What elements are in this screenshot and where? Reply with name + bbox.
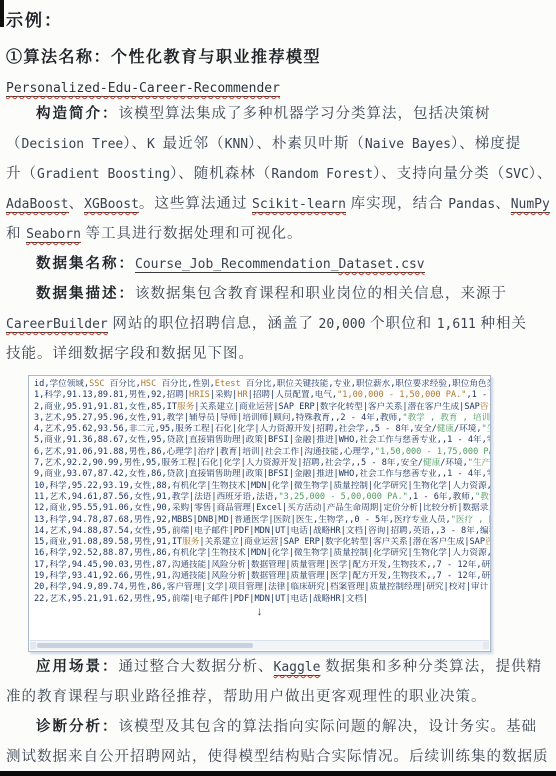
text-segment: 该模型及其包含的算法指向实际问题的解决，设计务实。基础 bbox=[119, 719, 538, 735]
csv-row: 3,艺术,95.27,95.96,女性,91,教学|辅导员|导师|培训师|顾问,… bbox=[34, 413, 490, 424]
text-segment: 和 bbox=[6, 226, 26, 242]
text-segment: 库实现，结合 bbox=[346, 196, 448, 212]
text-segment: 13,科学,94.78,87.68,男性,92,MBBS|DNB|MD|普通医学… bbox=[34, 515, 451, 525]
scrollbar-right-arrow bbox=[483, 642, 489, 649]
text-segment: 、 bbox=[495, 196, 511, 212]
text-segment: NumPy bbox=[511, 197, 550, 213]
text-segment: 最近邻（ bbox=[163, 136, 225, 152]
text-segment: 2,商业,95.91,91.81,女性,85,IT bbox=[34, 402, 177, 412]
text-segment: 测试数据来自公开招聘网站，使得模型结构贴合实际情况。后续训练集的数据质 bbox=[6, 749, 549, 765]
csv-row: 12,商业,95.55,91.06,女性,90,采购|零售|商品管理|Excel… bbox=[34, 503, 490, 514]
text-segment: 健康 bbox=[437, 424, 454, 434]
csv-row: 14,艺术,94.88,87.54,女性,95,前端|电子邮件|PDF|MDN|… bbox=[34, 526, 490, 537]
text-segment: Etest bbox=[215, 379, 241, 389]
text-segment: 17,科学,94.45,90.03,男性,87,沟通技能|风险分析|数据管理|质… bbox=[34, 560, 490, 570]
example-heading: 示例： bbox=[6, 8, 552, 34]
text-segment: |关系建立|商业运营|SAP ERP|数字化转型|客户关系|潜在客户生成|SAP bbox=[194, 402, 480, 412]
scrollbar-thumb bbox=[37, 643, 253, 648]
text-segment: 12,商业,95.55,91.06,女性,90,采购|零售|商品管理|Excel… bbox=[34, 503, 490, 513]
text-segment: |招聘|人员配置,电气, bbox=[248, 390, 337, 400]
text-segment: 10,科学,95.22,93.19,女性,88,有机化学|生物技术|MDN|化学… bbox=[34, 481, 490, 491]
text-segment: |关系建立|商业运营|SAP ERP|数字化转型|客户关系|潜在客户生成|SAP bbox=[199, 537, 485, 547]
scan-edge-artifact-bottom bbox=[0, 771, 556, 776]
text-segment: CareerBuilder bbox=[6, 317, 108, 333]
algorithm-id-line: Personalized-Edu-Career-Recommender bbox=[6, 78, 552, 99]
application-line-2: 准的教育课程与职业路径推荐，帮助用户做出更客观理性的职业决策。 bbox=[6, 682, 552, 712]
text-segment: "教学 , 教 bbox=[475, 492, 490, 502]
text-segment: 14,艺术,94.88,87.54,女性,95,前端|电子邮件|PDF|MDN|… bbox=[34, 526, 490, 536]
csv-row: 10,科学,95.22,93.19,女性,88,有机化学|生物技术|MDN|化学… bbox=[34, 481, 490, 492]
text-segment: 19,科学,93.41,92.66,男性,91,沟通技能|风险分析|数据管理|质… bbox=[34, 571, 490, 581]
text-segment: 该模型算法集成了多种机器学习分类算法，包括决策树 bbox=[119, 106, 491, 122]
text-segment: 。这些算法通过 bbox=[139, 196, 252, 212]
text-segment: "1,00,000 - 1,50,000 PA." bbox=[337, 390, 466, 400]
horizontal-scrollbar bbox=[30, 640, 489, 650]
text-segment: "3,25,000 - 5,00,000 PA." bbox=[279, 492, 408, 502]
text-segment: 通过整合大数据分析、 bbox=[119, 659, 274, 675]
text-segment: 20,000 bbox=[319, 317, 366, 332]
document-body: 示例：①算法名称：个性化教育与职业推荐模型Personalized-Edu-Ca… bbox=[0, 0, 556, 772]
text-segment: 1,611 bbox=[437, 317, 476, 332]
text-segment: Decision Tree bbox=[22, 137, 124, 152]
text-segment: 服务 bbox=[182, 537, 199, 547]
text-segment: Kaggle bbox=[274, 660, 321, 676]
text-segment: 数据集描述： bbox=[36, 286, 135, 302]
text-segment: 3,艺术,95.27,95.96,女性,91,教学|辅导员|导师|培训师|顾问,… bbox=[34, 413, 402, 423]
dataset-screenshot: id,学位领域,SSC 百分比,HSC 百分比,性别,Etest 百分比,职位关… bbox=[28, 375, 491, 652]
csv-row: 20,科学,94.9,89.74,男性,86,客户管理|文学|项目管理|法律|临… bbox=[34, 582, 490, 593]
text-segment: 1,科学,91.13,89.81,男性,92,招聘| bbox=[34, 390, 189, 400]
scrollbar-left-arrow bbox=[30, 642, 36, 649]
csv-row: 13,科学,94.78,87.68,男性,92,MBBS|DNB|MD|普通医学… bbox=[34, 515, 490, 526]
text-segment: ①算法名称：个性化教育与职业推荐模型 bbox=[6, 49, 321, 66]
text-segment: 应用场景： bbox=[36, 659, 119, 675]
text-segment: 22,艺术,95.21,91.62,男性,95,前端|电子邮件|PDF|MDN|… bbox=[34, 594, 368, 604]
scan-edge-artifact-top-left bbox=[0, 0, 4, 27]
csv-row: 11,艺术,94.61,87.56,女性,91,教学|法语|西班牙语,法语,"3… bbox=[34, 492, 490, 503]
text-segment: "生产 bbox=[482, 424, 490, 434]
dataset-desc-line-3: 技能。详细数据字段和数据见下图。 bbox=[6, 339, 552, 369]
dataset-name-line: 数据集名称：Course_Job_Recommendation_Dataset.… bbox=[6, 249, 552, 279]
csv-row: 16,科学,92.52,88.87,男性,86,有机化学|生物技术|MDN|化学… bbox=[34, 548, 490, 559]
text-segment: ,1 - 6年,人 bbox=[466, 390, 490, 400]
text-segment: "1,50,000 - 1,75,000 PA." bbox=[375, 447, 490, 457]
text-segment: （ bbox=[6, 136, 22, 152]
intro-line-1: 构造简介：该模型算法集成了多种机器学习分类算法，包括决策树 bbox=[6, 99, 552, 129]
text-segment: HR bbox=[237, 390, 247, 400]
text-segment: "医疗 , 医疗保 bbox=[451, 515, 490, 525]
text-segment: XGBoost bbox=[84, 197, 139, 213]
text-segment: Personalized-Edu-Career-Recommender bbox=[6, 81, 280, 97]
text-segment: 诊断分析： bbox=[36, 719, 119, 735]
csv-rows: id,学位领域,SSC 百分比,HSC 百分比,性别,Etest 百分比,职位关… bbox=[29, 376, 490, 605]
text-segment: 7,艺术,92.2,90.99,男性,95,服务工程|石化|化学|人力资源开发|… bbox=[34, 458, 423, 468]
intro-line-5: 和 Seaborn 等工具进行数据处理和可视化。 bbox=[6, 219, 552, 249]
scroll-down-arrow-icon: ↓ bbox=[29, 605, 490, 618]
text-segment: /环境, bbox=[440, 458, 468, 468]
algorithm-name-heading: ①算法名称：个性化教育与职业推荐模型 bbox=[6, 46, 552, 70]
csv-row: id,学位领域,SSC 百分比,HSC 百分比,性别,Etest 百分比,职位关… bbox=[34, 379, 490, 390]
csv-row: 15,商业,91.08,89.58,男性,91,IT服务|关系建立|商业运营|S… bbox=[34, 537, 490, 548]
csv-row: 17,科学,94.45,90.03,男性,87,沟通技能|风险分析|数据管理|质… bbox=[34, 560, 490, 571]
text-segment: 升（ bbox=[6, 166, 37, 182]
text-segment: KNN bbox=[225, 137, 248, 152]
text-segment: Seaborn bbox=[26, 227, 81, 243]
csv-row: 9,商业,93.07,87.42,女性,86,贷款|直接销售助理|政策|BFSI… bbox=[34, 469, 490, 480]
text-segment: HSC bbox=[141, 379, 157, 389]
text-segment: id,学位领域, bbox=[34, 379, 89, 389]
intro-line-3: 升（Gradient Boosting）、随机森林（Random Forest）… bbox=[6, 159, 552, 189]
text-segment: 种相关 bbox=[476, 316, 527, 332]
text-segment: 技能。详细数据字段和数据见下图。 bbox=[6, 346, 254, 362]
scanned-document-page: { "colors":{ "csv_default":"#1d3563", "c… bbox=[0, 0, 556, 776]
text-segment: 百分比, bbox=[105, 379, 141, 389]
text-segment: SSC bbox=[89, 379, 105, 389]
text-segment: ）、朴素贝叶斯（ bbox=[248, 136, 365, 152]
text-segment: 该数据集包含教育课程和职业岗位的相关信息，来源于 bbox=[135, 286, 507, 302]
text-segment: |采购| bbox=[210, 390, 238, 400]
text-segment: 等工具进行数据处理和可视化。 bbox=[81, 226, 303, 242]
application-line-1: 应用场景：通过整合大数据分析、Kaggle 数据集和多种分类算法，提供精 bbox=[6, 652, 552, 682]
text-segment: Scikit-learn bbox=[252, 197, 346, 213]
text-segment: K bbox=[147, 137, 163, 152]
text-segment: 9,商业,93.07,87.42,女性,86,贷款|直接销售助理|政策|BFSI… bbox=[34, 469, 490, 479]
text-segment: 个职位和 bbox=[365, 316, 436, 332]
text-segment: Dataset.csv bbox=[339, 257, 425, 273]
csv-row: 19,科学,93.41,92.66,男性,91,沟通技能|风险分析|数据管理|质… bbox=[34, 571, 490, 582]
text-segment: 网站的职位招聘信息，涵盖了 bbox=[108, 316, 319, 332]
text-segment: Gradient Boosting bbox=[37, 167, 170, 182]
text-segment: HRIS bbox=[189, 390, 210, 400]
text-segment: ）、 bbox=[123, 136, 147, 152]
csv-row: 2,商业,95.91,91.81,女性,85,IT服务|关系建立|商业运营|SA… bbox=[34, 402, 490, 413]
csv-row: 1,科学,91.13,89.81,男性,92,招聘|HRIS|采购|HR|招聘|… bbox=[34, 390, 490, 401]
csv-row: 6,艺术,91.06,91.88,男性,86,心理学|治疗|教育|培训|社会工作… bbox=[34, 447, 490, 458]
text-segment: SVC bbox=[505, 167, 528, 182]
dataset-desc-line-1: 数据集描述：该数据集包含教育课程和职业岗位的相关信息，来源于 bbox=[6, 279, 552, 309]
text-segment: 11,艺术,94.61,87.56,女性,91,教学|法语|西班牙语,法语, bbox=[34, 492, 279, 502]
diagnosis-line-2: 测试数据来自公开招聘网站，使得模型结构贴合实际情况。后续训练集的数据质 bbox=[6, 742, 552, 772]
text-segment: 4,艺术,95.62,93.56,非二元,95,服务工程|石化|化学|人力资源开… bbox=[34, 424, 437, 434]
text-segment: Naive Bayes bbox=[365, 137, 451, 152]
text-segment: 15,商业,91.08,89.58,男性,91,IT bbox=[34, 537, 182, 547]
text-segment: 百分比,性别, bbox=[156, 379, 215, 389]
text-segment: 16,科学,92.52,88.87,男性,86,有机化学|生物技术|MDN|化学… bbox=[34, 548, 490, 558]
text-segment: 百分比,职位关键技能,专业,职位薪水,职位要求经验,职位角色类别, bbox=[241, 379, 490, 389]
text-segment: Pandas bbox=[448, 197, 495, 212]
text-segment: "教学 , 教育 , 培训 , 咨 bbox=[402, 413, 490, 423]
text-segment: 健康 bbox=[423, 458, 440, 468]
intro-line-4: AdaBoost、XGBoost。这些算法通过 Scikit-learn 库实现… bbox=[6, 189, 552, 219]
text-segment: 咨询 bbox=[480, 402, 490, 412]
text-segment: 准的教育课程与职业路径推荐，帮助用户做出更客观理性的职业决策。 bbox=[6, 689, 487, 705]
csv-row: 7,艺术,92.2,90.99,男性,95,服务工程|石化|化学|人力资源开发|… bbox=[34, 458, 490, 469]
text-segment: /环境, bbox=[454, 424, 482, 434]
text-segment: ,1 - 6年,教师, bbox=[408, 492, 475, 502]
text-segment: ）、 bbox=[529, 166, 552, 182]
dataset-desc-line-2: CareerBuilder 网站的职位招聘信息，涵盖了 20,000 个职位和 … bbox=[6, 309, 552, 339]
text-segment: ）、随机森林（ bbox=[170, 166, 271, 182]
text-segment: Random Forest bbox=[271, 167, 373, 182]
text-segment: 构造简介： bbox=[36, 106, 119, 122]
text-segment: 数据集名称： bbox=[36, 256, 135, 272]
text-segment: Course_Job_Recommendation_ bbox=[135, 257, 339, 273]
text-segment: "生产 , bbox=[468, 458, 490, 468]
text-segment: 咨询 bbox=[485, 537, 490, 547]
text-segment: AdaBoost bbox=[6, 197, 69, 213]
diagnosis-line-1: 诊断分析：该模型及其包含的算法指向实际问题的解决，设计务实。基础 bbox=[6, 712, 552, 742]
text-segment: 服务 bbox=[177, 402, 194, 412]
text-segment: ）、支持向量分类（ bbox=[373, 166, 505, 182]
text-segment: 20,科学,94.9,89.74,男性,86,客户管理|文学|项目管理|法律|临… bbox=[34, 582, 490, 592]
text-segment: 6,艺术,91.06,91.88,男性,86,心理学|治疗|教育|培训|社会工作… bbox=[34, 447, 375, 457]
text-segment: 5,商业,91.36,88.67,女性,95,贷款|直接销售助理|政策|BFSI… bbox=[34, 435, 490, 445]
intro-line-2: （Decision Tree）、K 最近邻（KNN）、朴素贝叶斯（Naive B… bbox=[6, 129, 552, 159]
csv-row: 5,商业,91.36,88.67,女性,95,贷款|直接销售助理|政策|BFSI… bbox=[34, 435, 490, 446]
text-segment: 数据集和多种分类算法，提供精 bbox=[320, 659, 542, 675]
csv-row: 4,艺术,95.62,93.56,非二元,95,服务工程|石化|化学|人力资源开… bbox=[34, 424, 490, 435]
text-segment: ）、梯度提 bbox=[451, 136, 521, 152]
text-segment: 、 bbox=[69, 196, 85, 212]
text-segment: 示例： bbox=[6, 11, 63, 30]
